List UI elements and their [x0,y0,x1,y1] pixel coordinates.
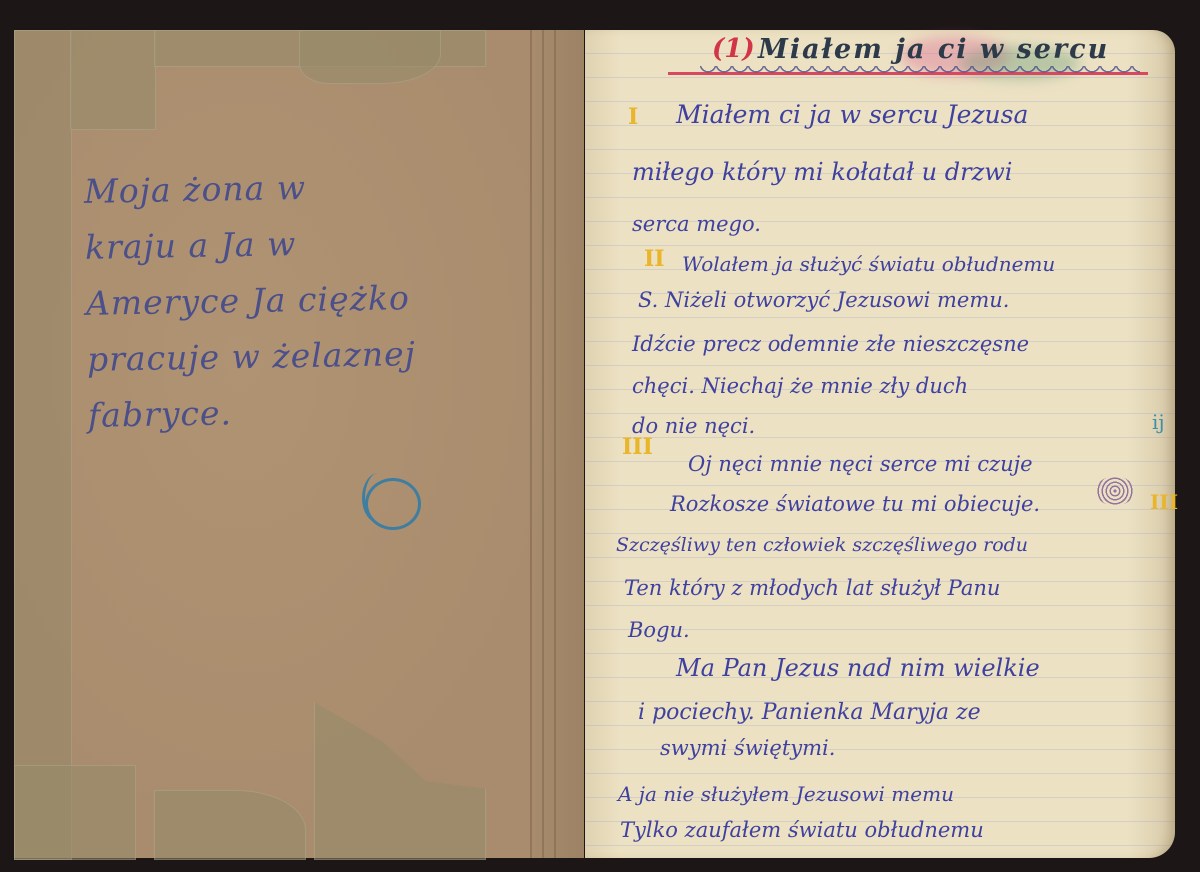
song-number: (1) [712,34,755,64]
lyric-line: Szczęśliwy ten człowiek szczęśliwego rod… [616,534,1028,556]
lyric-line: Idźcie precz odemnie złe nieszczęsne [632,332,1029,356]
lyric-line: swymi świętymi. [660,736,835,760]
spine-fold [530,30,532,858]
song-title: Miałem ja ci w sercu [758,34,1109,65]
lyric-line: i pociechy. Panienka Maryja ze [638,700,981,725]
lyric-line: Oj nęci mnie nęci serce mi czuje [688,452,1033,476]
verse-mark-1: I [628,104,638,130]
lyric-line: chęci. Niechaj że mnie zły duch [632,374,968,398]
right-notebook-page [585,30,1175,858]
lyric-line: Miałem ci ja w sercu Jezusa [676,100,1028,129]
margin-mark: III [1150,490,1178,514]
spine-fold [554,30,556,858]
lyric-line: A ja nie służyłem Jezusowi memu [618,782,954,806]
note-line: Ameryce Ja ciężko [86,268,527,332]
tape-strip [14,765,136,860]
note-line: fabryce. [87,380,528,444]
lyric-line: S. Niżeli otworzyć Jezusowi memu. [638,288,1009,312]
tape-strip [70,30,156,130]
lyric-line: do nie nęci. [632,414,755,438]
note-line: pracuje w żelaznej [87,324,528,388]
tape-strip [299,30,441,84]
lyric-line: serca mego. [632,212,761,236]
ink-scribble [1096,476,1134,506]
circle-mark-icon [365,478,421,530]
lyric-line: Ma Pan Jezus nad nim wielkie [676,654,1040,682]
lyric-line: Tylko zaufałem światu obłudnemu [620,818,984,842]
lyric-line: Rozkosze światowe tu mi obiecuje. [670,492,1040,516]
tape-strip [314,702,486,860]
margin-mark: ij [1152,410,1165,434]
lyric-line: Bogu. [628,618,690,642]
note-line: kraju a Ja w [85,212,526,276]
note-line: Moja żona w [84,156,525,220]
tape-strip [154,790,306,860]
left-handwritten-note: Moja żona w kraju a Ja w Ameryce Ja cięż… [84,156,529,444]
lyric-line: Ten który z młodych lat służył Panu [624,576,1000,600]
title-wavy-underline [700,66,1140,76]
left-cover-page [14,30,584,858]
spine-fold [542,30,544,858]
lyric-line: Wolałem ja służyć światu obłudnemu [682,252,1055,276]
notebook-scan: Moja żona w kraju a Ja w Ameryce Ja cięż… [0,0,1200,872]
verse-mark-2: II [644,246,665,272]
lyric-line: miłego który mi kołatał u drzwi [632,158,1012,186]
tape-strip [14,30,72,860]
